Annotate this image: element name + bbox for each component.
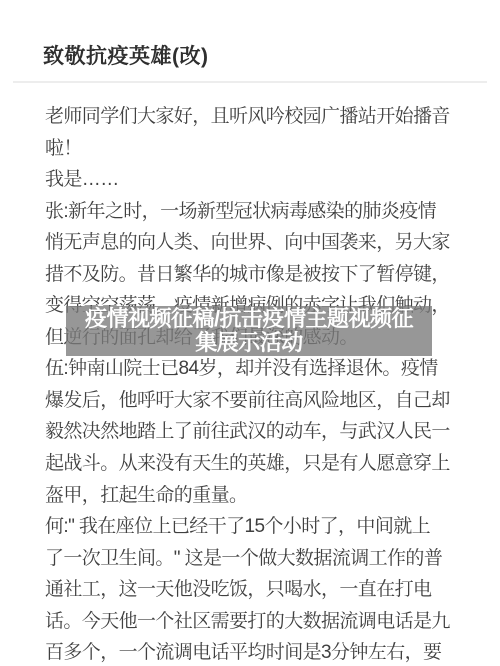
article-text-line: 张:新年之时，一场新型冠状病毒感染的肺炎疫情 — [45, 196, 457, 228]
article-text-line: 老师同学们大家好，且听风吟校园广播站开始播音 — [45, 101, 457, 133]
article-text-line: 话。今天他一个社区需要打的大数据流调电话是九 — [45, 606, 457, 638]
document-title: 致敬抗疫英雄(改) — [43, 40, 209, 70]
promo-banner-line-1: 疫情视频征稿/抗击疫情主题视频征 — [85, 307, 413, 331]
article-text-line: 爆发后，他呼吁大家不要前往高风险地区，自己却 — [45, 385, 457, 417]
article-text-line: 起战斗。从来没有天生的英雄，只是有人愿意穿上 — [45, 448, 457, 480]
article-text-line: 伍:钟南山院士已84岁，却并没有选择退休。疫情 — [45, 353, 457, 385]
article-text-line: 我是…… — [45, 164, 457, 196]
article-text-line: 毅然决然地踏上了前往武汉的动车，与武汉人民一 — [45, 416, 457, 448]
article-text-line: 通社工，这一天他没吃饭，只喝水，一直在打电 — [45, 574, 457, 606]
article-text-line: 百多个，一个流调电话平均时间是3分钟左右，要 — [45, 637, 457, 666]
article-text: 老师同学们大家好，且听风吟校园广播站开始播音啦！我是……张:新年之时，一场新型冠… — [45, 101, 457, 666]
article-text-line: 了一次卫生间。" 这是一个做大数据流调工作的普 — [45, 543, 457, 575]
article-text-line: 措不及防。昔日繁华的城市像是被按下了暂停键， — [45, 259, 457, 291]
article-text-line: 啦！ — [45, 133, 457, 165]
title-divider — [13, 81, 487, 83]
article-text-line: 何:" 我在座位上已经干了15个小时了，中间就上 — [45, 511, 457, 543]
document-page: 致敬抗疫英雄(改) 老师同学们大家好，且听风吟校园广播站开始播音啦！我是……张:… — [0, 0, 500, 666]
article-text-line: 盔甲，扛起生命的重量。 — [45, 480, 457, 512]
promo-overlay-banner[interactable]: 疫情视频征稿/抗击疫情主题视频征 集展示活动 — [66, 306, 432, 356]
promo-banner-line-2: 集展示活动 — [195, 331, 303, 355]
article-text-line: 悄无声息的向人类、向世界、向中国袭来，另大家 — [45, 227, 457, 259]
